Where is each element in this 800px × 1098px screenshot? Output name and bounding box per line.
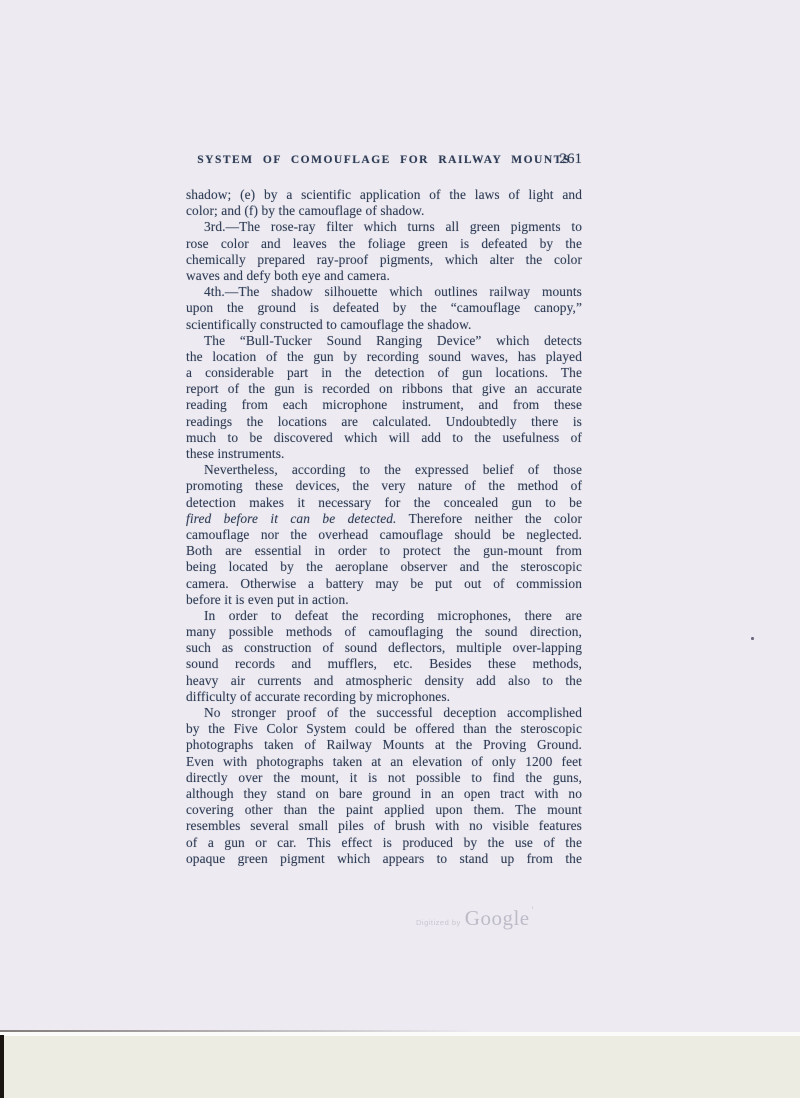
text-line: In order to defeat the recording microph…: [186, 608, 582, 624]
text-line: although they stand on bare ground in an…: [186, 786, 582, 802]
text-line: rose color and leaves the foliage green …: [186, 236, 582, 252]
text-line: before it is even put in action.: [186, 592, 582, 608]
text-line: of a gun or car. This effect is produced…: [186, 835, 582, 851]
text-line: photographs taken of Railway Mounts at t…: [186, 737, 582, 753]
scanner-bed-strip: [0, 1036, 800, 1098]
text-line: reading from each microphone instrument,…: [186, 397, 582, 413]
text-line: heavy air currents and atmospheric densi…: [186, 673, 582, 689]
running-head: SYSTEM OF COMOUFLAGE FOR RAILWAY MOUNTS …: [186, 151, 582, 169]
text-line: difficulty of accurate recording by micr…: [186, 689, 582, 705]
text-line: by the Five Color System could be offere…: [186, 721, 582, 737]
text-line: being located by the aeroplane observer …: [186, 559, 582, 575]
paper-speck: [751, 637, 754, 640]
text-line: scientifically constructed to camouflage…: [186, 317, 582, 333]
text-line: covering other than the paint applied up…: [186, 802, 582, 818]
text-line: report of the gun is recorded on ribbons…: [186, 381, 582, 397]
text-line: such as construction of sound deflectors…: [186, 640, 582, 656]
text-line: resembles several small piles of brush w…: [186, 818, 582, 834]
body-text: shadow; (e) by a scientific application …: [186, 187, 582, 867]
text-line: readings the locations are calculated. U…: [186, 414, 582, 430]
text-line: The “Bull-Tucker Sound Ranging Device” w…: [186, 333, 582, 349]
text-line: chemically prepared ray-proof pigments, …: [186, 252, 582, 268]
text-line: the location of the gun by recording sou…: [186, 349, 582, 365]
running-head-title: SYSTEM OF COMOUFLAGE FOR RAILWAY MOUNTS: [186, 154, 582, 166]
google-watermark: Digitized by Google ʹ: [416, 906, 532, 934]
text-line: much to be discovered which will add to …: [186, 430, 582, 446]
watermark-brand: Google: [465, 906, 530, 931]
binding-edge-black: [0, 1035, 4, 1098]
text-line: camouflage nor the overhead camouflage s…: [186, 527, 582, 543]
text-line: color; and (f) by the camouflage of shad…: [186, 203, 582, 219]
text-line: shadow; (e) by a scientific application …: [186, 187, 582, 203]
text-line: No stronger proof of the successful dece…: [186, 705, 582, 721]
text-line: directly over the mount, it is not possi…: [186, 770, 582, 786]
text-line: detection makes it necessary for the con…: [186, 495, 582, 511]
text-line: a considerable part in the detection of …: [186, 365, 582, 381]
text-line: many possible methods of camouflaging th…: [186, 624, 582, 640]
text-line: fired before it can be detected. Therefo…: [186, 511, 582, 527]
scanned-book-page: SYSTEM OF COMOUFLAGE FOR RAILWAY MOUNTS …: [0, 0, 800, 1098]
page-number: 261: [560, 151, 583, 168]
text-line: sound records and mufflers, etc. Besides…: [186, 656, 582, 672]
text-line: these instruments.: [186, 446, 582, 462]
text-line: waves and defy both eye and camera.: [186, 268, 582, 284]
text-line: Both are essential in order to protect t…: [186, 543, 582, 559]
text-line: opaque green pigment which appears to st…: [186, 851, 582, 867]
text-line: Nevertheless, according to the expressed…: [186, 462, 582, 478]
text-line: camera. Otherwise a battery may be put o…: [186, 576, 582, 592]
text-line: promoting these devices, the very nature…: [186, 478, 582, 494]
text-line: 4th.—The shadow silhouette which outline…: [186, 284, 582, 300]
text-line: 3rd.—The rose-ray filter which turns all…: [186, 219, 582, 235]
watermark-tick-mark: ʹ: [532, 905, 534, 915]
watermark-prefix: Digitized by: [416, 918, 461, 927]
text-line: upon the ground is defeated by the “camo…: [186, 300, 582, 316]
text-line: Even with photographs taken at an elevat…: [186, 754, 582, 770]
